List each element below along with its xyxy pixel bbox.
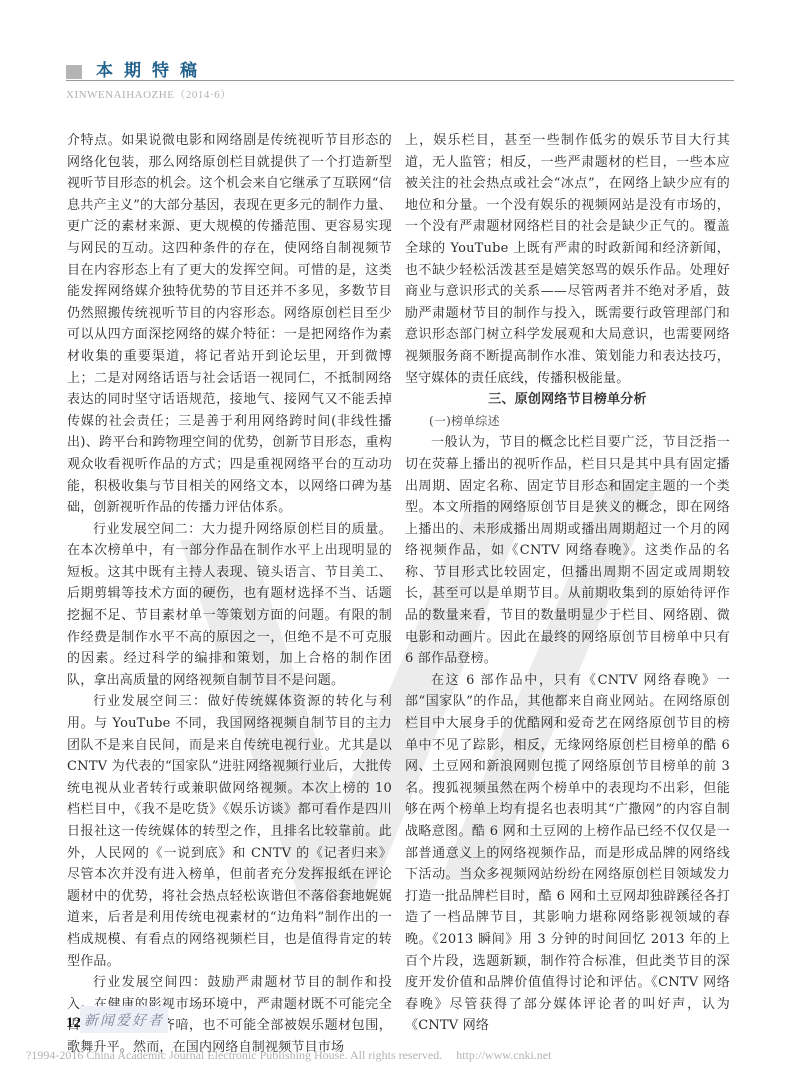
- right-column: 上，娱乐栏目，甚至一些制作低劣的娱乐节目大行其道，无人监管；相反，一些严肃题材的…: [405, 130, 730, 1037]
- paragraph: 行业发展空间三：做好传统媒体资源的转化与利用。与 YouTube 不同，我国网络…: [67, 691, 392, 972]
- subsection-title: (一)榜单综述: [405, 411, 730, 433]
- left-column: 介特点。如果说微电影和网络剧是传统视听节目形态的网络化包装，那么网络原创栏目就提…: [67, 130, 392, 1059]
- section-title: 三、原创网络节目榜单分析: [405, 389, 730, 411]
- cnki-link[interactable]: http://www.cnki.net: [456, 1048, 551, 1062]
- paragraph: 上，娱乐栏目，甚至一些制作低劣的娱乐节目大行其道，无人监管；相反，一些严肃题材的…: [405, 130, 730, 389]
- page-number: 12: [66, 1015, 81, 1032]
- copyright-text: ?1994-2016 China Academic Journal Electr…: [26, 1048, 442, 1062]
- header-divider: [66, 80, 734, 81]
- paragraph: 在这 6 部作品中，只有《CNTV 网络春晚》一部“国家队”的作品，其他都来自商…: [405, 670, 730, 1037]
- section-heading: 本期特稿: [96, 56, 208, 81]
- journal-logo: 新闻爱好者: [80, 1006, 168, 1033]
- header-block-decoration: [66, 65, 82, 79]
- paragraph: 一般认为，节目的概念比栏目要广泛，节目泛指一切在荧幕上播出的视听作品，栏目只是其…: [405, 432, 730, 670]
- paragraph: 行业发展空间二：大力提升网络原创栏目的质量。在本次榜单中，有一部分作品在制作水平…: [67, 519, 392, 692]
- paragraph: 介特点。如果说微电影和网络剧是传统视听节目形态的网络化包装，那么网络原创栏目就提…: [67, 130, 392, 519]
- journal-issue-label: XINWENAIHAOZHE（2014·6）: [66, 86, 232, 102]
- copyright-line: ?1994-2016 China Academic Journal Electr…: [26, 1048, 551, 1063]
